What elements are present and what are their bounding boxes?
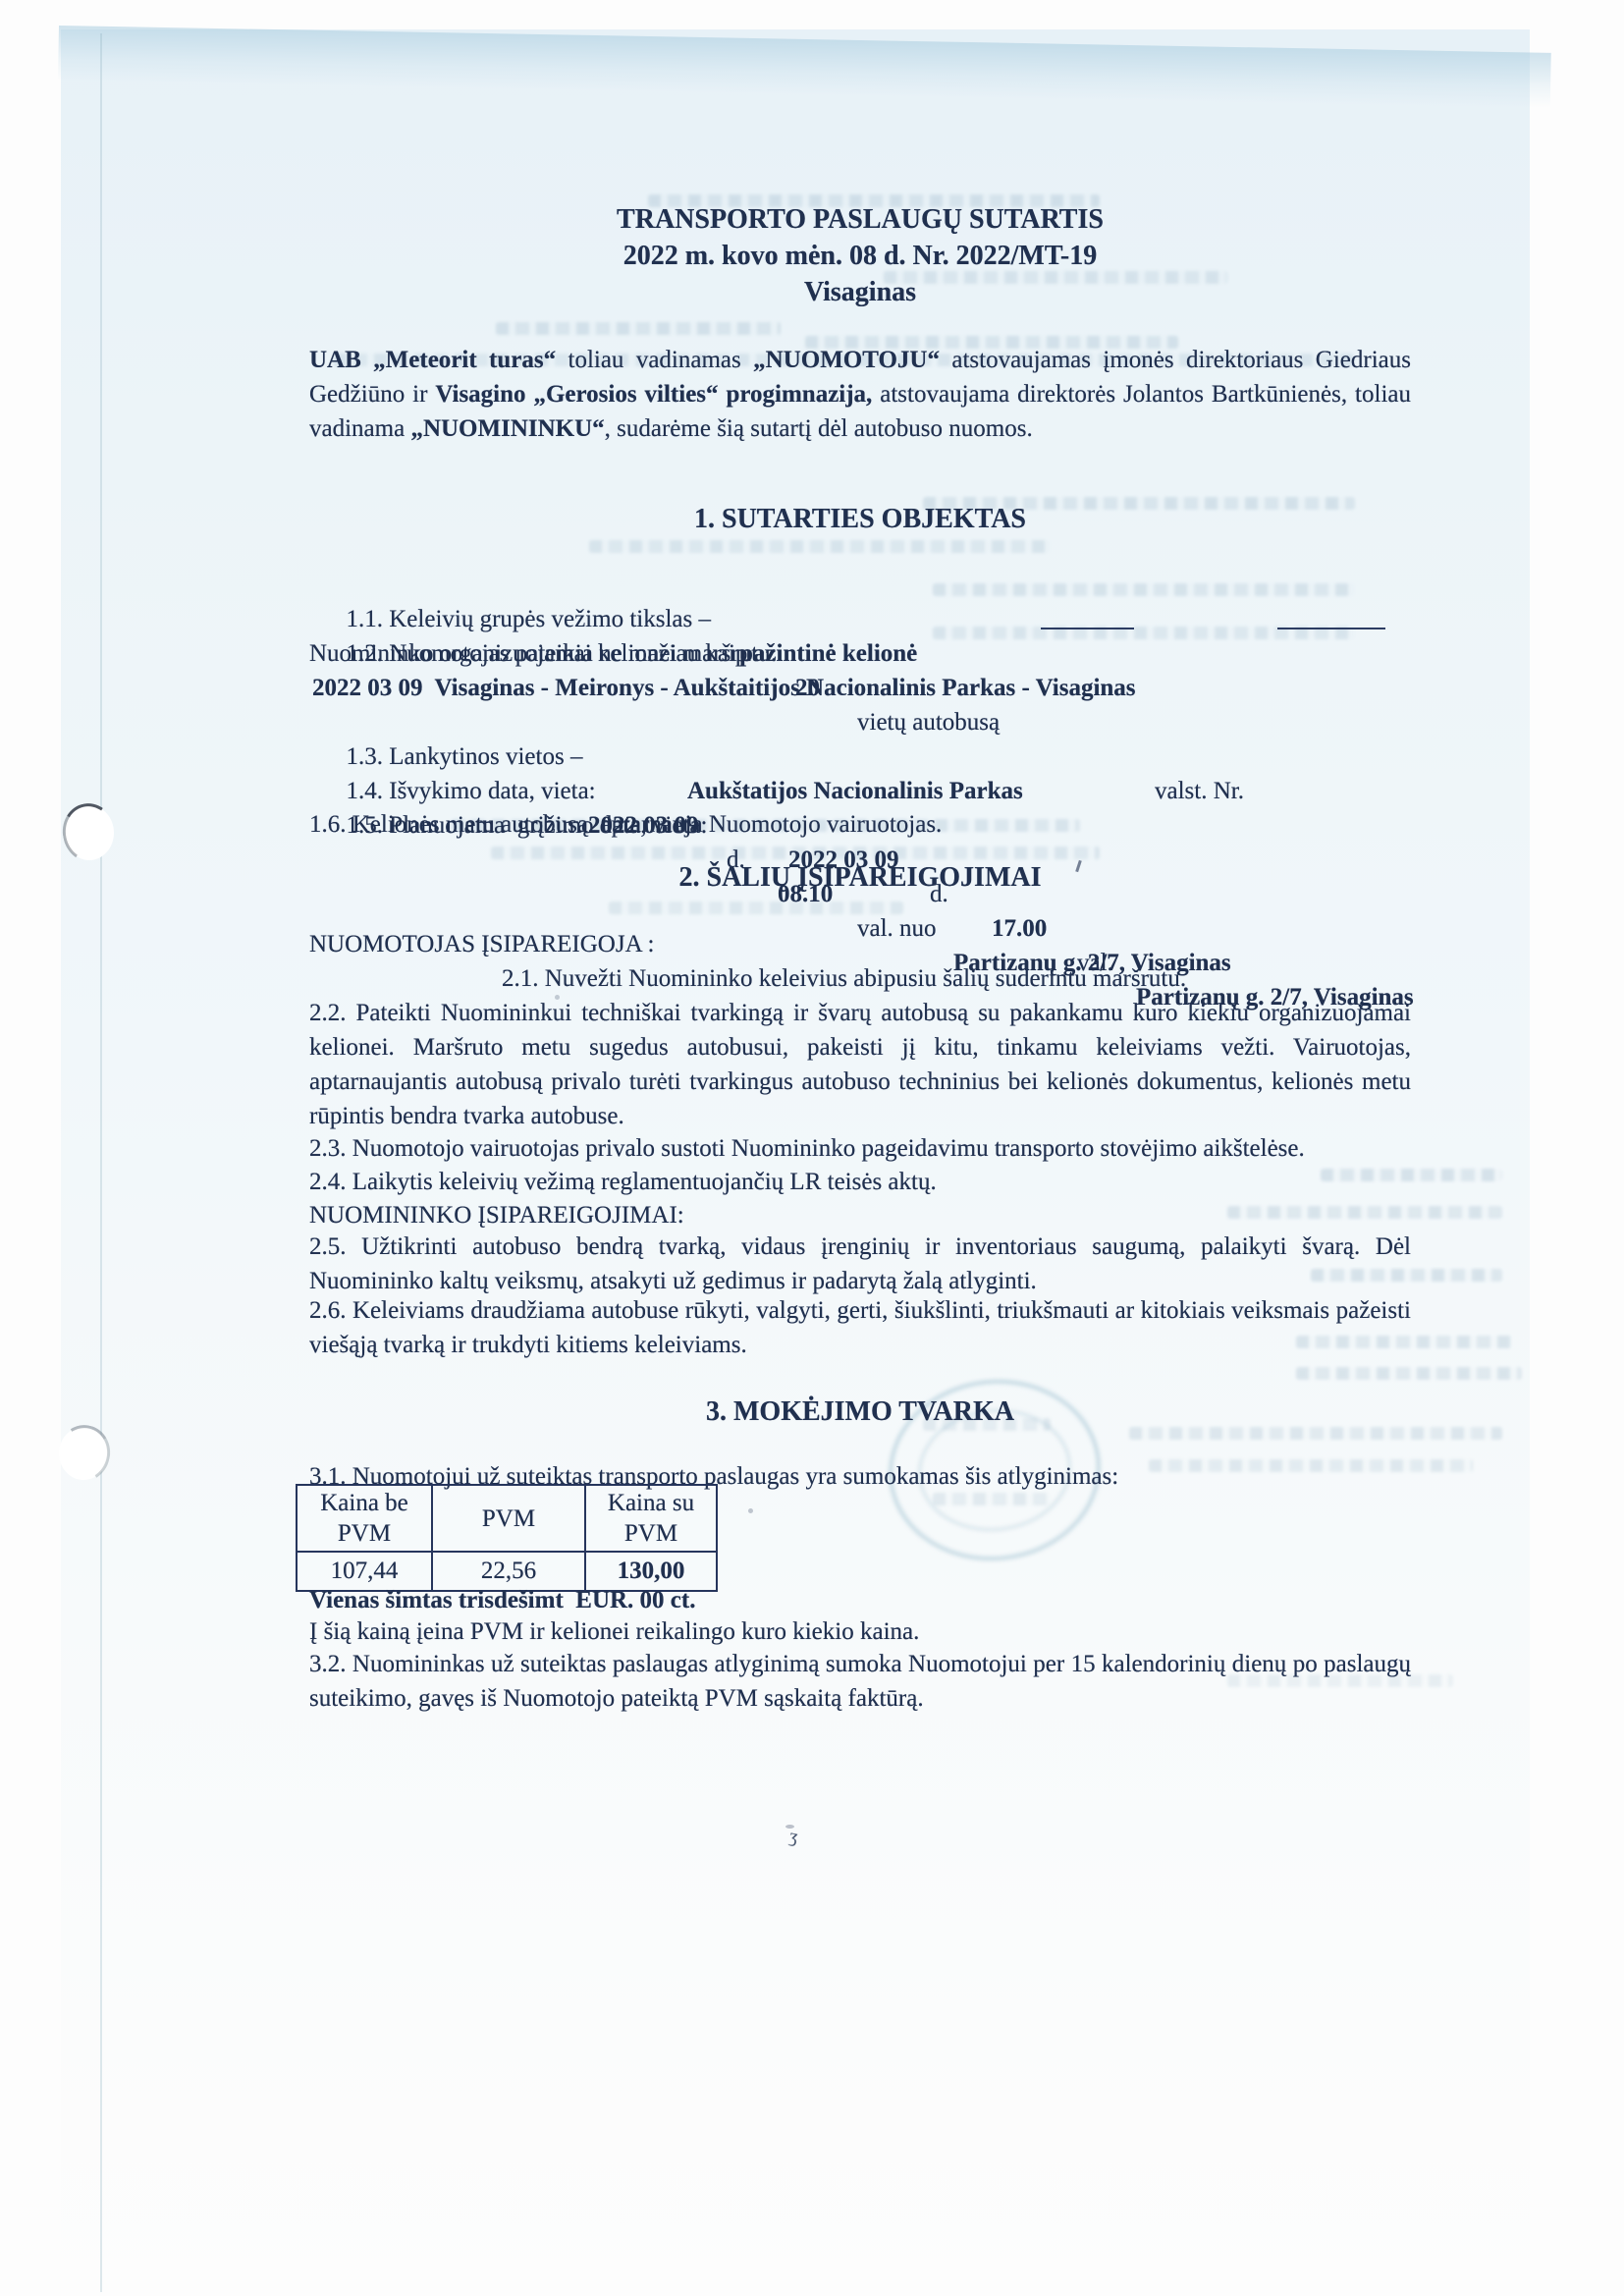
price-note: Į šią kainą įeina PVM ir kelionei reikal… bbox=[309, 1614, 1411, 1649]
table-header-vat: PVM bbox=[432, 1485, 585, 1552]
route-line: 2022 03 09 Visaginas - Meironys - Aukšta… bbox=[312, 671, 1414, 705]
lessor-role: „NUOMOTOJU“ bbox=[753, 347, 940, 373]
clause-2-3: 2.3. Nuomotojo vairuotojas privalo susto… bbox=[309, 1131, 1411, 1166]
clause-3-2: 3.2. Nuomininkas už suteiktas paslaugas … bbox=[309, 1647, 1411, 1716]
lessor-name: UAB „Meteorit turas“ bbox=[309, 347, 556, 373]
scanned-contract-page: ʒ TRANSPORTO PASLAUGŲ SUTARTIS 2022 m. k… bbox=[0, 0, 1624, 2296]
clause-2-6: 2.6. Keleiviams draudžiama autobuse rūky… bbox=[309, 1293, 1411, 1362]
blank-plate-number bbox=[1277, 602, 1385, 629]
clause-2-5: 2.5. Užtikrinti autobuso bendrą tvarką, … bbox=[309, 1230, 1411, 1298]
lessee-name: Visagino „Gerosios vilties“ progimnazija… bbox=[435, 381, 872, 408]
clause-1-2-continued: Nuomininko organizuojamai kelionei maršr… bbox=[309, 636, 1411, 671]
lessee-role: „NUOMININKU“ bbox=[410, 415, 604, 442]
section-1-heading: 1. SUTARTIES OBJEKTAS bbox=[309, 502, 1411, 536]
clause-2-2: 2.2. Pateikti Nuomininkui techniškai tva… bbox=[309, 996, 1411, 1133]
price-table-header-row: Kaina be PVM PVM Kaina su PVM bbox=[297, 1485, 717, 1552]
lessee-obligations-heading: NUOMININKO ĮSIPAREIGOJIMAI: bbox=[309, 1198, 1411, 1232]
intro-paragraph: UAB „Meteorit turas“ toliau vadinamas „N… bbox=[309, 343, 1411, 446]
contract-city: Visaginas bbox=[309, 275, 1411, 309]
contract-content: TRANSPORTO PASLAUGŲ SUTARTIS 2022 m. kov… bbox=[0, 0, 1624, 2296]
price-table: Kaina be PVM PVM Kaina su PVM 107,44 22,… bbox=[296, 1484, 718, 1592]
clause-1-6: 1.6. Kelionės metu autobusą aptarnauja N… bbox=[309, 807, 1411, 842]
clause-2-4: 2.4. Laikytis keleivių vežimą reglamentu… bbox=[309, 1165, 1411, 1199]
lessor-obligations-heading: NUOMOTOJAS ĮSIPAREIGOJA : bbox=[309, 927, 1411, 961]
clause-2-1: 2.1. Nuvežti Nuomininko keleivius abipus… bbox=[309, 961, 1411, 996]
table-header-price-incl-vat: Kaina su PVM bbox=[585, 1485, 717, 1552]
table-header-price-excl-vat: Kaina be PVM bbox=[297, 1485, 432, 1552]
amount-in-words: Vienas šimtas trisdešimt EUR. 00 ct. bbox=[309, 1583, 1411, 1617]
section-3-heading: 3. MOKĖJIMO TVARKA bbox=[309, 1394, 1411, 1429]
section-2-heading: 2. ŠALIŲ ĮSIPAREIGOJIMAI bbox=[309, 860, 1411, 895]
page-title: TRANSPORTO PASLAUGŲ SUTARTIS bbox=[309, 202, 1411, 237]
blank-bus-model bbox=[1041, 602, 1134, 629]
contract-date-line: 2022 m. kovo mėn. 08 d. Nr. 2022/MT-19 bbox=[309, 239, 1411, 273]
